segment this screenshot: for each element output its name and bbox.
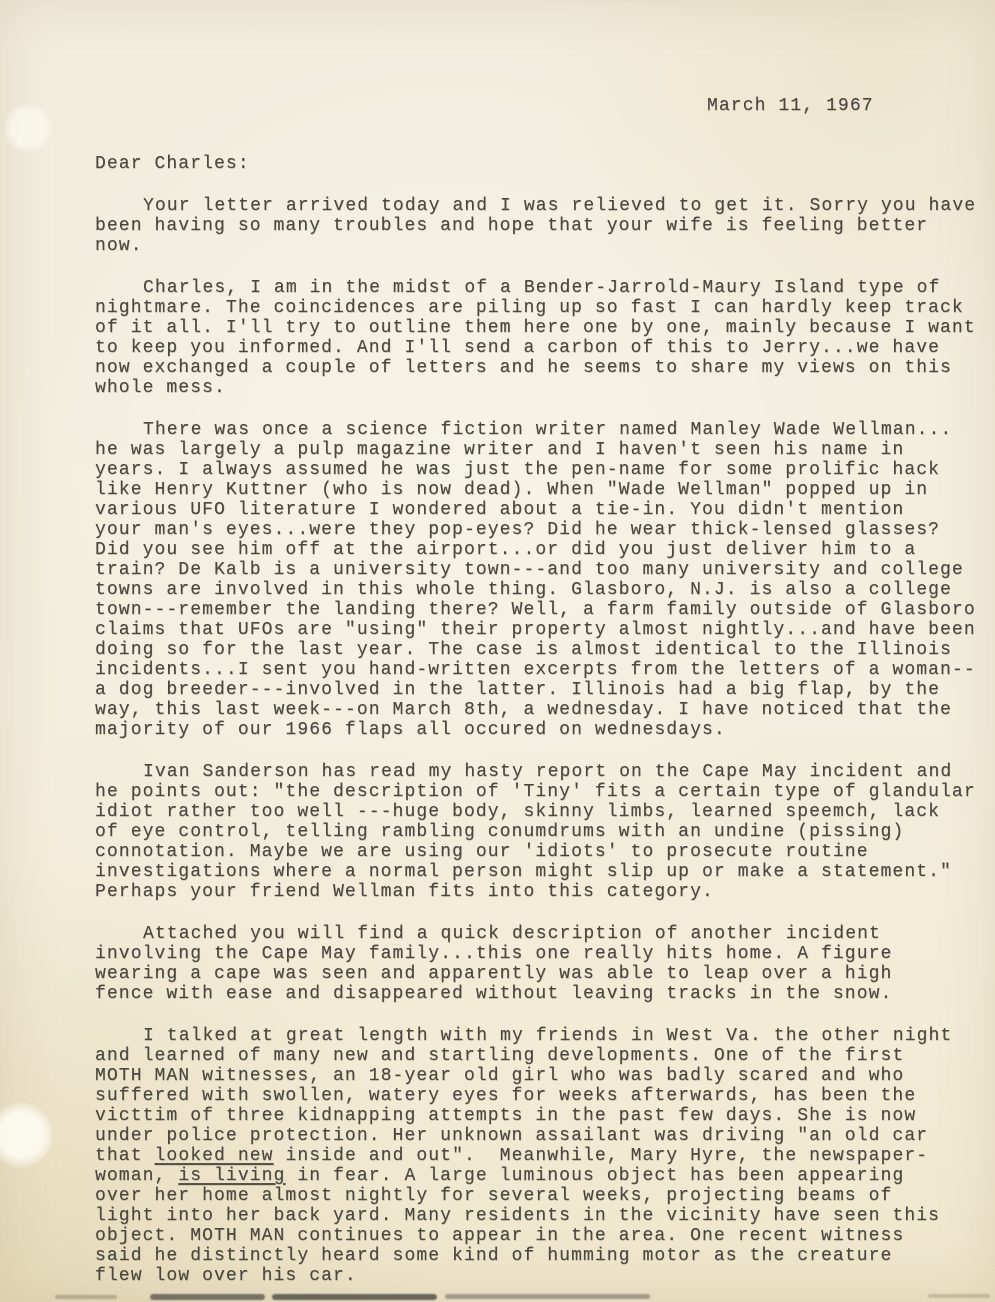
- letter-line: over her home almost nightly for several…: [95, 1186, 989, 1206]
- letter-line: object. MOTH MAN continues to appear in …: [95, 1226, 989, 1246]
- letter-line: wearing a cape was seen and apparently w…: [95, 964, 989, 984]
- letter-line: MOTH MAN witnesses, an 18-year old girl …: [95, 1066, 989, 1086]
- letter-line: nightmare. The coincidences are piling u…: [95, 298, 989, 318]
- underlined-text: looked new: [155, 1146, 274, 1166]
- letter-line: flew low over his car.: [95, 1266, 989, 1286]
- letter-line: said he distinctly heard some kind of hu…: [95, 1246, 989, 1266]
- letter-line: train? De Kalb is a university town---an…: [95, 560, 989, 580]
- letter-line: various UFO literature I wondered about …: [95, 500, 989, 520]
- letter-scan-page: March 11, 1967 Dear Charles: Your letter…: [0, 0, 995, 1302]
- letter-line: of eye control, telling rambling conumdr…: [95, 822, 989, 842]
- letter-line: years. I always assumed he was just the …: [95, 460, 989, 480]
- letter-line: doing so for the last year. The case is …: [95, 640, 989, 660]
- letter-line: now exchanged a couple of letters and he…: [95, 358, 989, 378]
- letter-line: light into her back yard. Many residents…: [95, 1206, 989, 1226]
- letter-line: Did you see him off at the airport...or …: [95, 540, 989, 560]
- letter-paragraph: Charles, I am in the midst of a Bender-J…: [95, 278, 989, 398]
- scan-edge-mark: [445, 1294, 650, 1299]
- letter-line: connotation. Maybe we are using our 'idi…: [95, 842, 989, 862]
- letter-line: way, this last week---on March 8th, a we…: [95, 700, 989, 720]
- letter-line: like Henry Kuttner (who is now dead). Wh…: [95, 480, 989, 500]
- letter-line: towns are involved in this whole thing. …: [95, 580, 989, 600]
- letter-line: your man's eyes...were they pop-eyes? Di…: [95, 520, 989, 540]
- letter-line: There was once a science fiction writer …: [95, 420, 989, 440]
- letter-line: he was largely a pulp magazine writer an…: [95, 440, 989, 460]
- letter-paragraph: Attached you will find a quick descripti…: [95, 924, 989, 1004]
- letter-date: March 11, 1967: [707, 96, 989, 116]
- letter-line: that looked new inside and out". Meanwhi…: [95, 1146, 989, 1166]
- letter-line: a dog breeder---involved in the latter. …: [95, 680, 989, 700]
- letter-salutation: Dear Charles:: [95, 154, 989, 174]
- letter-line: victtim of three kidnapping attempts in …: [95, 1106, 989, 1126]
- letter-line: fence with ease and disappeared without …: [95, 984, 989, 1004]
- underlined-text: is living: [178, 1166, 285, 1186]
- letter-line: Attached you will find a quick descripti…: [95, 924, 989, 944]
- letter-line: idiot rather too well ---huge body, skin…: [95, 802, 989, 822]
- letter-line: involving the Cape May family...this one…: [95, 944, 989, 964]
- letter-line: claims that UFOs are "using" their prope…: [95, 620, 989, 640]
- hole-punch-top: [4, 104, 52, 152]
- scan-edge-mark: [272, 1294, 437, 1300]
- letter-paragraph: There was once a science fiction writer …: [95, 420, 989, 740]
- letter-line: woman, is living in fear. A large lumino…: [95, 1166, 989, 1186]
- letter-line: now.: [95, 236, 989, 256]
- letter-line: investigations where a normal person mig…: [95, 862, 989, 882]
- letter-line: been having so many troubles and hope th…: [95, 216, 989, 236]
- letter-paragraph: I talked at great length with my friends…: [95, 1026, 989, 1286]
- letter-line: town---remember the landing there? Well,…: [95, 600, 989, 620]
- letter-line: of it all. I'll try to outline them here…: [95, 318, 989, 338]
- letter-line: Perhaps your friend Wellman fits into th…: [95, 882, 989, 902]
- letter-body: Your letter arrived today and I was reli…: [95, 196, 989, 1286]
- scan-edge-mark: [55, 1295, 117, 1299]
- letter-line: I talked at great length with my friends…: [95, 1026, 989, 1046]
- letter-content: March 11, 1967 Dear Charles: Your letter…: [95, 96, 989, 1286]
- letter-line: to keep you informed. And I'll send a ca…: [95, 338, 989, 358]
- letter-line: and learned of many new and startling de…: [95, 1046, 989, 1066]
- letter-line: Charles, I am in the midst of a Bender-J…: [95, 278, 989, 298]
- letter-paragraph: Your letter arrived today and I was reli…: [95, 196, 989, 256]
- hole-punch-bottom: [0, 1102, 52, 1168]
- letter-paragraph: Ivan Sanderson has read my hasty report …: [95, 762, 989, 902]
- letter-line: whole mess.: [95, 378, 989, 398]
- scan-edge-mark: [928, 1294, 990, 1298]
- letter-line: incidents...I sent you hand-written exce…: [95, 660, 989, 680]
- letter-line: suffered with swollen, watery eyes for w…: [95, 1086, 989, 1106]
- letter-line: majority of our 1966 flaps all occured o…: [95, 720, 989, 740]
- letter-line: under police protection. Her unknown ass…: [95, 1126, 989, 1146]
- letter-line: he points out: "the description of 'Tiny…: [95, 782, 989, 802]
- letter-line: Your letter arrived today and I was reli…: [95, 196, 989, 216]
- scan-edge-mark: [150, 1294, 265, 1300]
- letter-line: Ivan Sanderson has read my hasty report …: [95, 762, 989, 782]
